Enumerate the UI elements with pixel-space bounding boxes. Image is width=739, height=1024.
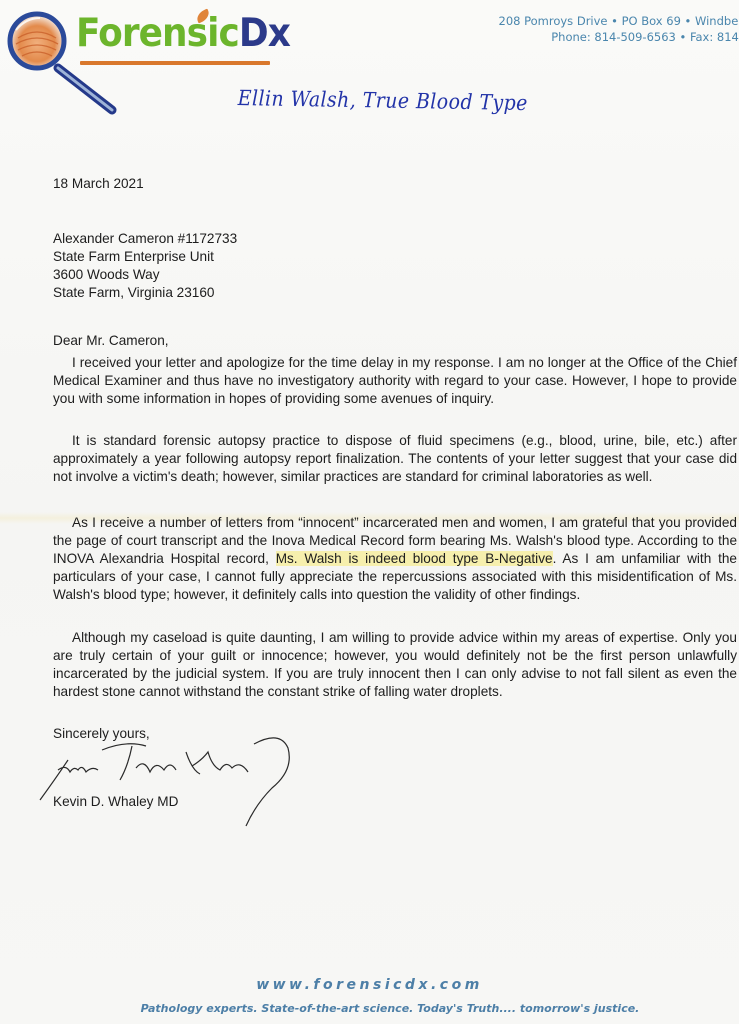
recipient-line: State Farm, Virginia 23160 — [53, 284, 237, 302]
paragraph-3: As I receive a number of letters from “i… — [53, 514, 737, 604]
paragraph-1: I received your letter and apologize for… — [53, 354, 737, 408]
letterhead-contact: 208 Pomroys Drive • PO Box 69 • Windber … — [499, 13, 739, 45]
brand-wordmark: ForensicDx — [76, 14, 290, 53]
recipient-line: Alexander Cameron #1172733 — [53, 230, 237, 248]
footer-website: www.forensicdx.com — [0, 977, 739, 993]
letter-date: 18 March 2021 — [53, 175, 144, 193]
paragraph-2: It is standard forensic autopsy practice… — [53, 432, 737, 486]
recipient-line: 3600 Woods Way — [53, 266, 237, 284]
brand-part2: Dx — [239, 11, 290, 56]
letter-page: ForensicDx 208 Pomroys Drive • PO Box 69… — [0, 0, 739, 1024]
recipient-address: Alexander Cameron #1172733 State Farm En… — [53, 230, 237, 302]
highlighted-finding: Ms. Walsh is indeed blood type B-Negativ… — [276, 551, 553, 566]
brand-part1: Forensic — [76, 11, 239, 56]
footer-tagline: Pathology experts. State-of-the-art scie… — [0, 1002, 739, 1015]
salutation: Dear Mr. Cameron, — [53, 332, 169, 350]
signer-name: Kevin D. Whaley MD — [53, 793, 178, 811]
brand-underline — [80, 61, 270, 65]
address-line: 208 Pomroys Drive • PO Box 69 • Windber — [499, 13, 739, 29]
paragraph-4: Although my caseload is quite daunting, … — [53, 629, 737, 701]
phone-line: Phone: 814-509-6563 • Fax: 814- — [499, 29, 739, 45]
handwritten-note: Ellin Walsh, True Blood Type — [238, 86, 528, 115]
signature-icon — [36, 730, 306, 830]
recipient-line: State Farm Enterprise Unit — [53, 248, 237, 266]
